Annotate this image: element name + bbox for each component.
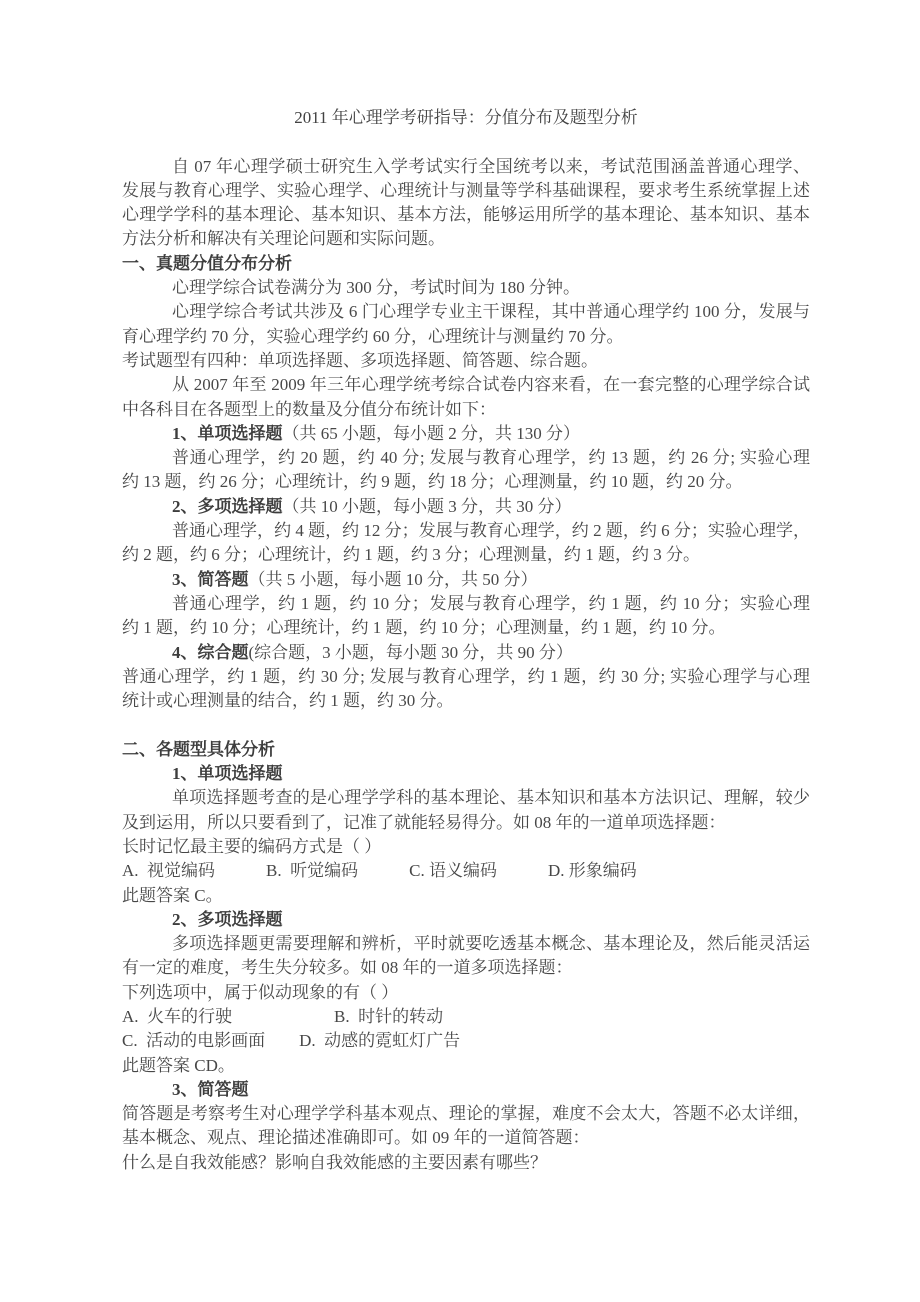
document-page: 2011 年心理学考研指导：分值分布及题型分析 自 07 年心理学硕士研究生入学… — [0, 0, 920, 1302]
page-title: 2011 年心理学考研指导：分值分布及题型分析 — [122, 106, 810, 130]
doc-line-bold-text: 1、单项选择题 — [172, 424, 283, 443]
doc-line: 方法分析和解决有关理论问题和实际问题。 — [122, 227, 810, 251]
doc-line: 一、真题分值分布分析 — [122, 252, 810, 276]
doc-line-text: 自 07 年心理学硕士研究生入学考试实行全国统考以来，考试范围涵盖普通心理学、 — [172, 157, 810, 176]
doc-line: 1、单项选择题（共 65 小题，每小题 2 分，共 130 分） — [122, 422, 810, 446]
doc-line: C. 活动的电影画面 D. 动感的霓虹灯广告 — [122, 1029, 810, 1053]
doc-line: 发展与教育心理学、实验心理学、心理统计与测量等学科基础课程，要求考生系统掌握上述 — [122, 179, 810, 203]
doc-line: 什么是自我效能感？影响自我效能感的主要因素有哪些？ — [122, 1151, 810, 1175]
doc-line-text: 下列选项中，属于似动现象的有（ ） — [122, 983, 398, 1002]
doc-line: 统计或心理测量的结合，约 1 题，约 30 分。 — [122, 689, 810, 713]
doc-line: 约 1 题，约 10 分；心理统计，约 1 题，约 10 分；心理测量，约 1 … — [122, 616, 810, 640]
doc-line-text: 心理学综合考试共涉及 6 门心理学专业主干课程，其中普通心理学约 100 分，发… — [122, 302, 810, 324]
doc-line: 有一定的难度，考生失分较多。如 08 年的一道多项选择题： — [122, 956, 810, 980]
doc-line-text: 单项选择题考查的是心理学学科的基本理论、基本知识和基本方法识记、理解，较少涉 — [122, 788, 810, 810]
doc-line-text: 基本概念、观点、理论描述准确即可。如 09 年的一道简答题： — [122, 1128, 590, 1147]
doc-line-text: 约 1 题，约 10 分；心理统计，约 1 题，约 10 分；心理测量，约 1 … — [122, 618, 726, 637]
doc-line-text: 心理学综合试卷满分为 300 分，考试时间为 180 分钟。 — [172, 278, 580, 297]
doc-line-text: 普通心理学，约 4 题，约 12 分；发展与教育心理学，约 2 题，约 6 分；… — [172, 521, 810, 540]
doc-line: 此题答案 CD。 — [122, 1054, 810, 1078]
doc-line-text: （共 65 小题，每小题 2 分，共 130 分） — [283, 424, 581, 443]
doc-line-text: 方法分析和解决有关理论问题和实际问题。 — [122, 229, 445, 248]
doc-line-bold-text: 3、简答题 — [172, 570, 249, 589]
doc-line-text: 普通心理学，约 1 题，约 10 分；发展与教育心理学，约 1 题，约 10 分… — [122, 594, 810, 616]
doc-line: 基本概念、观点、理论描述准确即可。如 09 年的一道简答题： — [122, 1126, 810, 1150]
doc-line-text: (综合题，3 小题，每小题 30 分，共 90 分） — [249, 643, 573, 662]
doc-line: 2、多项选择题（共 10 小题，每小题 3 分，共 30 分） — [122, 495, 810, 519]
doc-line: 考试题型有四种：单项选择题、多项选择题、简答题、综合题。 — [122, 349, 810, 373]
doc-line-text: 发展与教育心理学、实验心理学、心理统计与测量等学科基础课程，要求考生系统掌握上述 — [122, 181, 810, 200]
doc-line-text: 有一定的难度，考生失分较多。如 08 年的一道多项选择题： — [122, 958, 573, 977]
doc-line-bold-text: 2、多项选择题 — [172, 910, 283, 929]
doc-line-text: 约 2 题，约 6 分；心理统计，约 1 题，约 3 分；心理测量，约 1 题，… — [122, 545, 700, 564]
doc-line-bold-text: 二、各题型具体分析 — [122, 740, 275, 759]
doc-line-text: A. 火车的行驶 B. 时针的转动 — [122, 1007, 443, 1026]
doc-line-text: 及到运用，所以只要看到了，记准了就能轻易得分。如 08 年的一道单项选择题： — [122, 813, 726, 832]
doc-line: 约 13 题，约 26 分；心理统计，约 9 题，约 18 分；心理测量，约 1… — [122, 470, 810, 494]
doc-line-bold-text: 3、简答题 — [172, 1080, 249, 1099]
doc-line-text: 育心理学约 70 分，实验心理学约 60 分，心理统计与测量约 70 分。 — [122, 327, 624, 346]
doc-line: 中各科目在各题型上的数量及分值分布统计如下： — [122, 398, 810, 422]
doc-line: 3、简答题（共 5 小题，每小题 10 分，共 50 分） — [122, 568, 810, 592]
title-spacer — [122, 130, 810, 154]
doc-line-text: 此题答案 C。 — [122, 886, 223, 905]
document-body: 2011 年心理学考研指导：分值分布及题型分析 自 07 年心理学硕士研究生入学… — [122, 106, 810, 1175]
doc-line: 心理学学科的基本理论、基本知识、基本方法，能够运用所学的基本理论、基本知识、基本 — [122, 203, 810, 227]
doc-line: 长时记忆最主要的编码方式是（ ） — [122, 835, 810, 859]
doc-line: 及到运用，所以只要看到了，记准了就能轻易得分。如 08 年的一道单项选择题： — [122, 811, 810, 835]
doc-line-text: 普通心理学，约 20 题，约 40 分; 发展与教育心理学，约 13 题，约 2… — [122, 448, 810, 470]
doc-line-text: 约 13 题，约 26 分；心理统计，约 9 题，约 18 分；心理测量，约 1… — [122, 472, 743, 491]
doc-line-text: 从 2007 年至 2009 年三年心理学统考综合试卷内容来看，在一套完整的心理… — [122, 375, 810, 397]
doc-line: 简答题是考察考生对心理学学科基本观点、理论的掌握，难度不会太大，答题不必太详细， — [122, 1102, 810, 1126]
doc-line-text: 多项选择题更需要理解和辨析，平时就要吃透基本概念、基本理论及，然后能灵活运用， — [122, 934, 810, 956]
doc-line: 自 07 年心理学硕士研究生入学考试实行全国统考以来，考试范围涵盖普通心理学、 — [122, 155, 810, 179]
doc-line-bold-text: 一、真题分值分布分析 — [122, 254, 292, 273]
doc-line: 单项选择题考查的是心理学学科的基本理论、基本知识和基本方法识记、理解，较少涉 — [122, 786, 810, 810]
doc-line: 此题答案 C。 — [122, 884, 810, 908]
doc-line-text: A. 视觉编码 B. 听觉编码 C. 语义编码 D. 形象编码 — [122, 861, 637, 880]
doc-line: 育心理学约 70 分，实验心理学约 60 分，心理统计与测量约 70 分。 — [122, 325, 810, 349]
doc-line: 下列选项中，属于似动现象的有（ ） — [122, 981, 810, 1005]
doc-line: A. 视觉编码 B. 听觉编码 C. 语义编码 D. 形象编码 — [122, 859, 810, 883]
document-lines: 自 07 年心理学硕士研究生入学考试实行全国统考以来，考试范围涵盖普通心理学、发… — [122, 155, 810, 1175]
doc-line-text: 统计或心理测量的结合，约 1 题，约 30 分。 — [122, 691, 454, 710]
doc-line-text: 此题答案 CD。 — [122, 1056, 235, 1075]
doc-line-text: 中各科目在各题型上的数量及分值分布统计如下： — [122, 400, 496, 419]
doc-line: 普通心理学，约 1 题，约 30 分; 发展与教育心理学，约 1 题，约 30 … — [122, 665, 810, 689]
doc-line: 多项选择题更需要理解和辨析，平时就要吃透基本概念、基本理论及，然后能灵活运用， — [122, 932, 810, 956]
doc-line: 普通心理学，约 20 题，约 40 分; 发展与教育心理学，约 13 题，约 2… — [122, 446, 810, 470]
doc-line: 心理学综合试卷满分为 300 分，考试时间为 180 分钟。 — [122, 276, 810, 300]
doc-line-text: 心理学学科的基本理论、基本知识、基本方法，能够运用所学的基本理论、基本知识、基本 — [122, 205, 810, 224]
doc-line-text: 普通心理学，约 1 题，约 30 分; 发展与教育心理学，约 1 题，约 30 … — [122, 667, 810, 686]
doc-line-bold-text: 2、多项选择题 — [172, 497, 283, 516]
doc-line: 约 2 题，约 6 分；心理统计，约 1 题，约 3 分；心理测量，约 1 题，… — [122, 543, 810, 567]
doc-line-text: 考试题型有四种：单项选择题、多项选择题、简答题、综合题。 — [122, 351, 598, 370]
doc-line: 二、各题型具体分析 — [122, 738, 810, 762]
doc-line: A. 火车的行驶 B. 时针的转动 — [122, 1005, 810, 1029]
doc-line-bold-text: 4、综合题 — [172, 643, 249, 662]
doc-line — [122, 713, 810, 737]
doc-line: 2、多项选择题 — [122, 908, 810, 932]
doc-line-text: 长时记忆最主要的编码方式是（ ） — [122, 837, 381, 856]
doc-line-text: （共 5 小题，每小题 10 分，共 50 分） — [249, 570, 538, 589]
doc-line: 3、简答题 — [122, 1078, 810, 1102]
doc-line-text: （共 10 小题，每小题 3 分，共 30 分） — [283, 497, 572, 516]
doc-line: 1、单项选择题 — [122, 762, 810, 786]
doc-line: 普通心理学，约 4 题，约 12 分；发展与教育心理学，约 2 题，约 6 分；… — [122, 519, 810, 543]
doc-line: 4、综合题(综合题，3 小题，每小题 30 分，共 90 分） — [122, 641, 810, 665]
doc-line: 心理学综合考试共涉及 6 门心理学专业主干课程，其中普通心理学约 100 分，发… — [122, 300, 810, 324]
doc-line-text: C. 活动的电影画面 D. 动感的霓虹灯广告 — [122, 1031, 460, 1050]
doc-line: 普通心理学，约 1 题，约 10 分；发展与教育心理学，约 1 题，约 10 分… — [122, 592, 810, 616]
doc-line: 从 2007 年至 2009 年三年心理学统考综合试卷内容来看，在一套完整的心理… — [122, 373, 810, 397]
doc-line-bold-text: 1、单项选择题 — [172, 764, 283, 783]
doc-line-text: 什么是自我效能感？影响自我效能感的主要因素有哪些？ — [122, 1153, 547, 1172]
doc-line-text: 简答题是考察考生对心理学学科基本观点、理论的掌握，难度不会太大，答题不必太详细， — [122, 1104, 810, 1123]
